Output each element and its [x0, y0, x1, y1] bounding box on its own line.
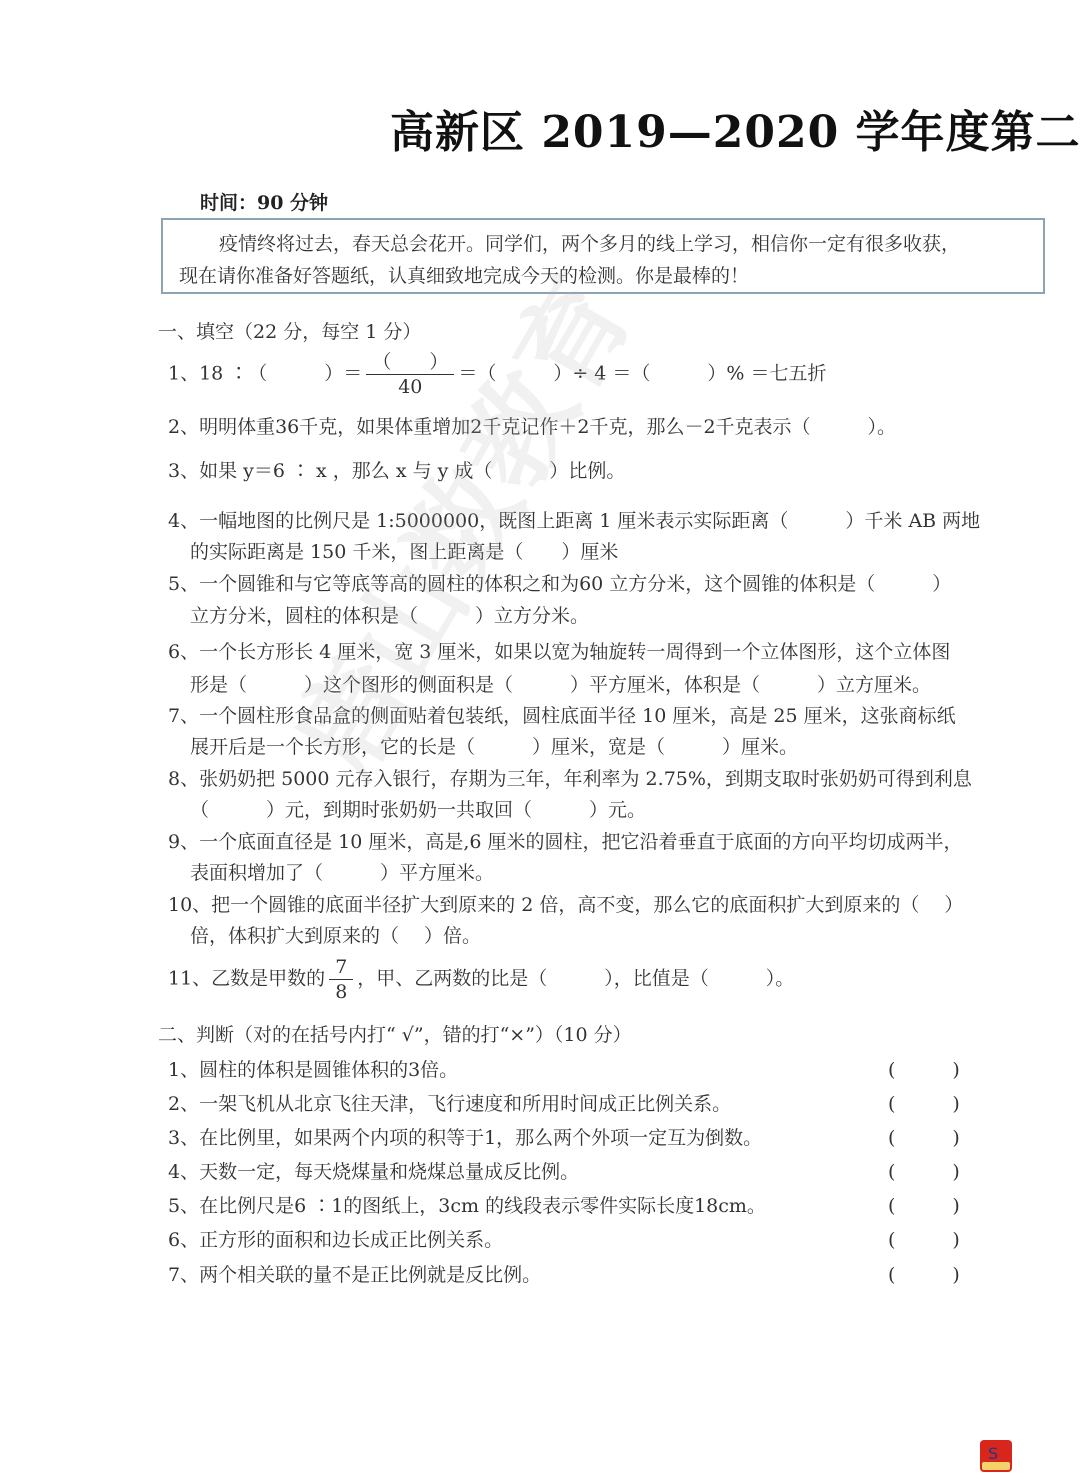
question-8-line-2: （ ）元，到期时张奶奶一共取回（ ）元。 [190, 795, 646, 822]
answer-paren: ( ) [888, 1123, 960, 1150]
logo-band [982, 1462, 1010, 1470]
question-4-line-2: 的实际距离是 150 千米，图上距离是（ ）厘米 [190, 537, 618, 564]
exam-time: 时间：90 分钟 [200, 188, 328, 215]
answer-paren: ( ) [888, 1260, 960, 1287]
judge-item-4: 4、天数一定，每天烧煤量和烧煤总量成反比例。 [168, 1157, 579, 1184]
judge-item-2: 2、一架飞机从北京飞往天津，飞行速度和所用时间成正比例关系。 [168, 1089, 731, 1116]
intro-line-2: 现在请你准备好答题纸，认真细致地完成今天的检测。你是最棒的！ [179, 260, 1029, 292]
answer-paren: ( ) [888, 1055, 960, 1082]
exam-title: 高新区 2019—2020 学年度第二学期 [390, 96, 1080, 160]
intro-box: 疫情终将过去，春天总会花开。同学们，两个多月的线上学习，相信你一定有很多收获， … [161, 218, 1045, 294]
judge-item-1: 1、圆柱的体积是圆锥体积的3倍。 [168, 1055, 458, 1082]
judge-item-7: 7、两个相关联的量不是正比例就是反比例。 [168, 1260, 541, 1287]
question-1: 1、18 ∶（ ）＝（ ）40＝（ ）÷ 4 ＝（ ）% ＝七五折 [168, 350, 827, 399]
question-7-line-2: 展开后是一个长方形，它的长是（ ）厘米，宽是（ ）厘米。 [190, 732, 798, 759]
fraction: （ ）40 [366, 350, 454, 399]
question-10-line-1: 10、把一个圆锥的底面半径扩大到原来的 2 倍，高不变，那么它的底面积扩大到原来… [168, 890, 963, 917]
question-5-line-2: 立方分米，圆柱的体积是（ ）立方分米。 [190, 601, 589, 628]
publisher-logo-icon: S [980, 1440, 1012, 1472]
answer-paren: ( ) [888, 1157, 960, 1184]
question-5-line-1: 5、一个圆锥和与它等底等高的圆柱的体积之和为60 立方分米，这个圆锥的体积是（ … [168, 569, 951, 596]
question-8-line-1: 8、张奶奶把 5000 元存入银行，存期为三年，年利率为 2.75%，到期支取时… [168, 764, 972, 791]
judge-item-5: 5、在比例尺是6 ∶1的图纸上，3cm 的线段表示零件实际长度18cm。 [168, 1191, 766, 1218]
question-10-line-2: 倍，体积扩大到原来的（ ）倍。 [190, 921, 481, 948]
intro-line-1: 疫情终将过去，春天总会花开。同学们，两个多月的线上学习，相信你一定有很多收获， [179, 228, 1029, 260]
answer-paren: ( ) [888, 1225, 960, 1252]
section-1-heading: 一、填空（22 分，每空 1 分） [158, 317, 421, 344]
question-6-line-2: 形是（ ）这个图形的侧面积是（ ）平方厘米，体积是（ ）立方厘米。 [190, 670, 931, 697]
fraction: 78 [329, 955, 353, 1004]
question-6-line-1: 6、一个长方形长 4 厘米，宽 3 厘米，如果以宽为轴旋转一周得到一个立体图形，… [168, 637, 950, 664]
answer-paren: ( ) [888, 1089, 960, 1116]
question-7-line-1: 7、一个圆柱形食品盒的侧面贴着包装纸，圆柱底面半径 10 厘米，高是 25 厘米… [168, 701, 956, 728]
question-3: 3、如果 y＝6 ∶ x ，那么 x 与 y 成（ ）比例。 [168, 456, 625, 483]
section-2-heading: 二、判断（对的在括号内打“ √”，错的打“×”）（10 分） [158, 1020, 632, 1047]
judge-item-3: 3、在比例里，如果两个内项的积等于1，那么两个外项一定互为倒数。 [168, 1123, 762, 1150]
question-4-line-1: 4、一幅地图的比例尺是 1:5000000，既图上距离 1 厘米表示实际距离（ … [168, 506, 980, 533]
question-2: 2、明明体重36千克，如果体重增加2千克记作＋2千克，那么－2千克表示（ ）。 [168, 412, 896, 439]
logo-glyph: S [988, 1444, 998, 1463]
judge-item-6: 6、正方形的面积和边长成正比例关系。 [168, 1225, 503, 1252]
question-11: 11、乙数是甲数的78，甲、乙两数的比是（ ），比值是（ ）。 [168, 955, 794, 1004]
question-9-line-1: 9、一个底面直径是 10 厘米，高是,6 厘米的圆柱，把它沿着垂直于底面的方向平… [168, 827, 963, 854]
question-9-line-2: 表面积增加了（ ）平方厘米。 [190, 858, 494, 885]
answer-paren: ( ) [888, 1191, 960, 1218]
